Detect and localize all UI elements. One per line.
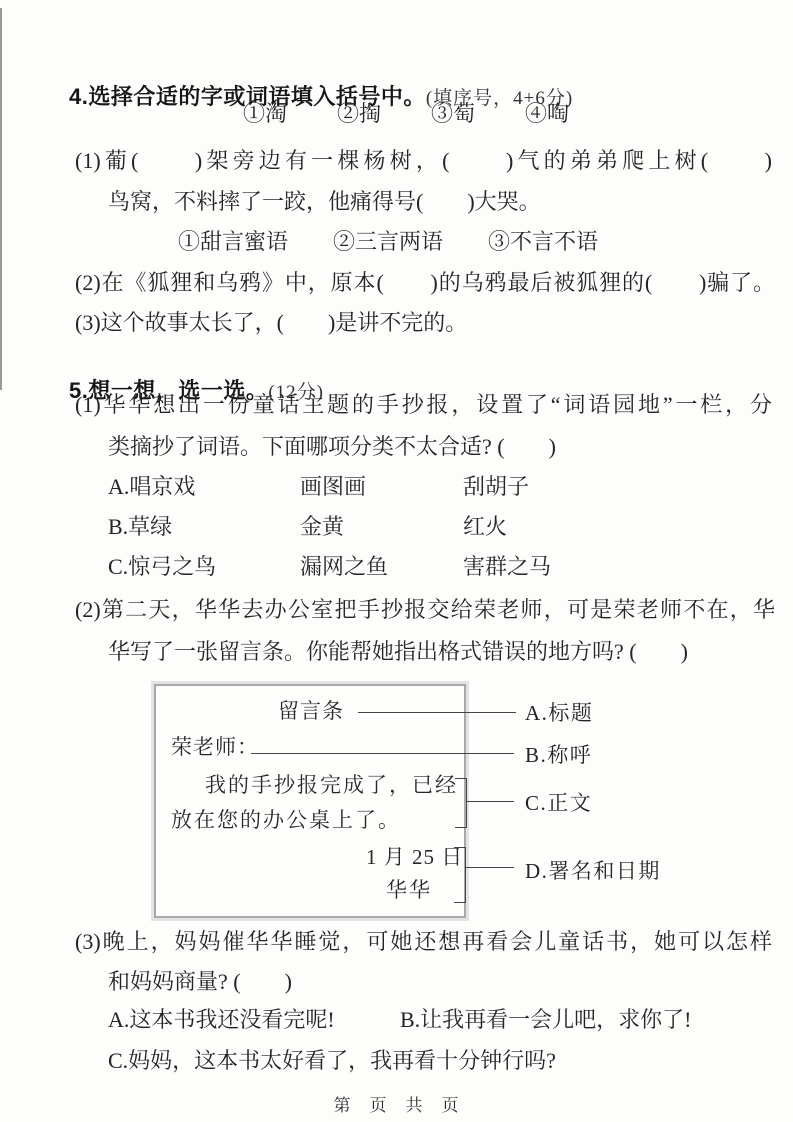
bracket-signature-icon <box>454 847 466 903</box>
q4-char-option-4: ④啕 <box>525 101 569 126</box>
q4-idiom-option-2: ②三言两语 <box>333 229 443 254</box>
connector-line-d <box>465 867 514 868</box>
note-signature: 华华 <box>386 878 432 902</box>
q5-option-b-cell-1: B.草绿 <box>108 515 300 539</box>
connector-line-b <box>251 753 514 754</box>
note-body-line1: 我的手抄报完成了，已经 <box>205 773 458 797</box>
label-c-body: C.正文 <box>525 791 592 815</box>
q4-item1-line2: 鸟窝，不料摔了一跤，他痛得号( )大哭。 <box>108 189 541 214</box>
q5-item3-option-c: C.妈妈，这本书太好看了，我再看十分钟行吗? <box>108 1048 556 1073</box>
note-format-diagram: 留言条 A.标题 荣老师： B.称呼 我的手抄报完成了，已经 放在您的办公桌上了… <box>153 683 713 925</box>
q5-item1-line2: 类摘抄了词语。下面哪项分类不太合适? ( ) <box>108 434 556 459</box>
q5-option-c-cell-1: C.惊弓之鸟 <box>108 555 300 579</box>
q4-character-options-row: ①淘 ②掏 ③萄 ④啕 <box>243 101 569 126</box>
q4-idiom-option-3: ③不言不语 <box>488 229 598 254</box>
q5-item3-line1: (3)晚上，妈妈催华华睡觉，可她还想再看会儿童话书，她可以怎样 <box>75 929 772 954</box>
q5-option-a-cell-1: A.唱京戏 <box>108 475 300 499</box>
q5-option-b-cell-2: 金黄 <box>300 515 463 539</box>
note-date: 1 月 25 日 <box>366 845 463 869</box>
worksheet-page: 4.选择合适的字或词语填入括号中。(填序号，4+6分) ①淘 ②掏 ③萄 ④啕 … <box>0 0 793 1122</box>
label-a-title: A.标题 <box>525 701 593 725</box>
question-4-header: 4.选择合适的字或词语填入括号中。(填序号，4+6分) <box>47 58 573 138</box>
q5-option-c-cell-2: 漏网之鱼 <box>300 555 463 579</box>
q4-idiom-options-row: ①甜言蜜语 ②三言两语 ③不言不语 <box>178 229 598 254</box>
q5-item1-options-table: A.唱京戏 画图画 刮胡子 B.草绿 金黄 红火 C.惊弓之鸟 漏网之鱼 害群之… <box>108 475 708 579</box>
note-body-line2: 放在您的办公桌上了。 <box>171 808 401 832</box>
q5-item3-option-b: B.让我再看一会儿吧，求你了! <box>400 1007 692 1032</box>
q4-char-option-1: ①淘 <box>243 101 287 126</box>
scan-edge-artifact <box>0 8 2 390</box>
q4-item3: (3)这个故事太长了，( )是讲不完的。 <box>75 310 467 335</box>
q5-item3-option-a: A.这本书我还没看完呢! <box>108 1007 335 1032</box>
label-d-signature-date: D.署名和日期 <box>525 859 661 883</box>
connector-line-a <box>358 712 516 713</box>
q4-item1-line1: (1)葡( )架旁边有一棵杨树，( )气的弟弟爬上树( ) <box>75 148 772 173</box>
q4-char-option-2: ②掏 <box>337 101 381 126</box>
page-footer: 第 页 共 页 <box>0 1091 793 1116</box>
connector-line-c <box>466 801 514 802</box>
q4-char-option-3: ③萄 <box>431 101 475 126</box>
q5-item2-line1: (2)第二天，华华去办公室把手抄报交给荣老师，可是荣老师不在，华 <box>75 597 775 622</box>
q5-option-a-cell-3: 刮胡子 <box>463 475 708 499</box>
q5-item2-line2: 华写了一张留言条。你能帮她指出格式错误的地方吗? ( ) <box>108 639 688 664</box>
q5-option-c-cell-3: 害群之马 <box>463 555 708 579</box>
bracket-body-icon <box>455 778 467 828</box>
q5-option-a-cell-2: 画图画 <box>300 475 463 499</box>
note-title: 留言条 <box>278 699 344 723</box>
q4-item2: (2)在《狐狸和乌鸦》中，原本( )的乌鸦最后被狐狸的( )骗了。 <box>75 270 775 295</box>
q5-option-b-cell-3: 红火 <box>463 515 708 539</box>
q5-item3-line2: 和妈妈商量? ( ) <box>108 969 292 994</box>
label-b-salutation: B.称呼 <box>525 743 592 767</box>
note-salutation: 荣老师： <box>171 735 259 759</box>
q4-idiom-option-1: ①甜言蜜语 <box>178 229 288 254</box>
q5-item1-line1: (1)华华想出一份童话主题的手抄报，设置了“词语园地”一栏，分 <box>75 392 772 417</box>
